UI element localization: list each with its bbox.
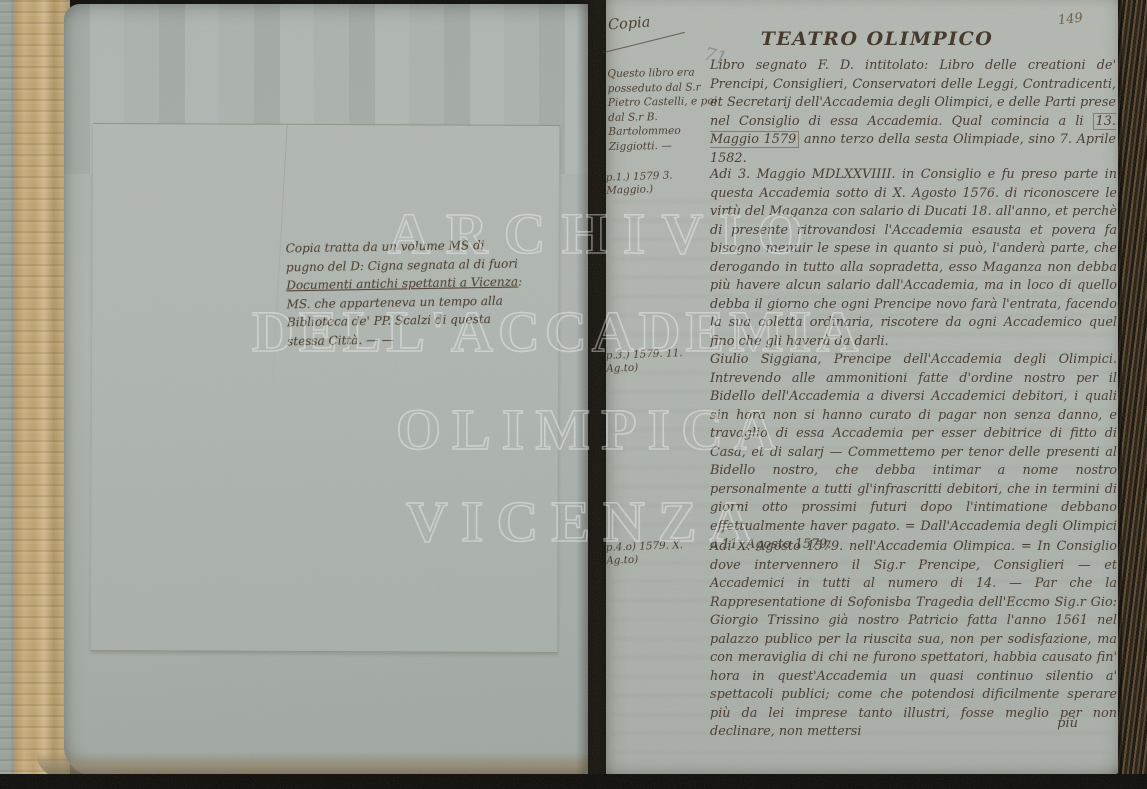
intro-paragraph: Libro segnato F. D. intitolato: Libro de…: [710, 57, 1116, 168]
provenance-note-text: Copia tratta da un volume MS di pugno de…: [286, 238, 518, 274]
copia-underline-stroke: [603, 32, 685, 53]
provenance-note: Copia tratta da un volume MS di pugno de…: [286, 235, 528, 350]
provenance-note-underlined: Documenti antichi spettanti a Vicenza: [286, 274, 518, 292]
intro-text: Libro segnato F. D. intitolato: Libro de…: [710, 58, 1116, 129]
manuscript-scan: Copia tratta da un volume MS di pugno de…: [0, 0, 1147, 789]
ownership-note: Questo libro era posseduto dal S.r Pietr…: [607, 65, 723, 155]
entry-margin-note: p.3.) 1579. 11. Ag.to): [606, 346, 709, 376]
copia-label: Copia: [607, 15, 650, 34]
entry-paragraph: Adi 3. Maggio MDLXXVIIII. in Consiglio e…: [710, 166, 1117, 351]
entry-paragraph: Giulio Siggiana, Prencipe dell'Accademia…: [710, 351, 1117, 555]
left-page: Copia tratta da un volume MS di pugno de…: [64, 4, 588, 776]
laid-in-sheet: Copia tratta da un volume MS di pugno de…: [91, 123, 560, 653]
page-edges-left: [0, 0, 70, 780]
page-title: TEATRO OLIMPICO: [744, 28, 1010, 50]
entry-margin-note: p.1.) 1579 3. Maggio.): [606, 168, 709, 198]
entry-paragraph: Adi X. Agosto 1579. nell'Accademia Olimp…: [710, 538, 1117, 742]
folio-number: 149: [1057, 11, 1083, 29]
catchword: più: [1006, 716, 1078, 731]
right-page: Copia 71 149 Questo libro era posseduto …: [606, 0, 1122, 778]
scan-shadow: [0, 774, 1147, 789]
page-edges-right: [1118, 0, 1147, 780]
entry-margin-note: p.4.o) 1579. X. Ag.to): [606, 538, 709, 568]
